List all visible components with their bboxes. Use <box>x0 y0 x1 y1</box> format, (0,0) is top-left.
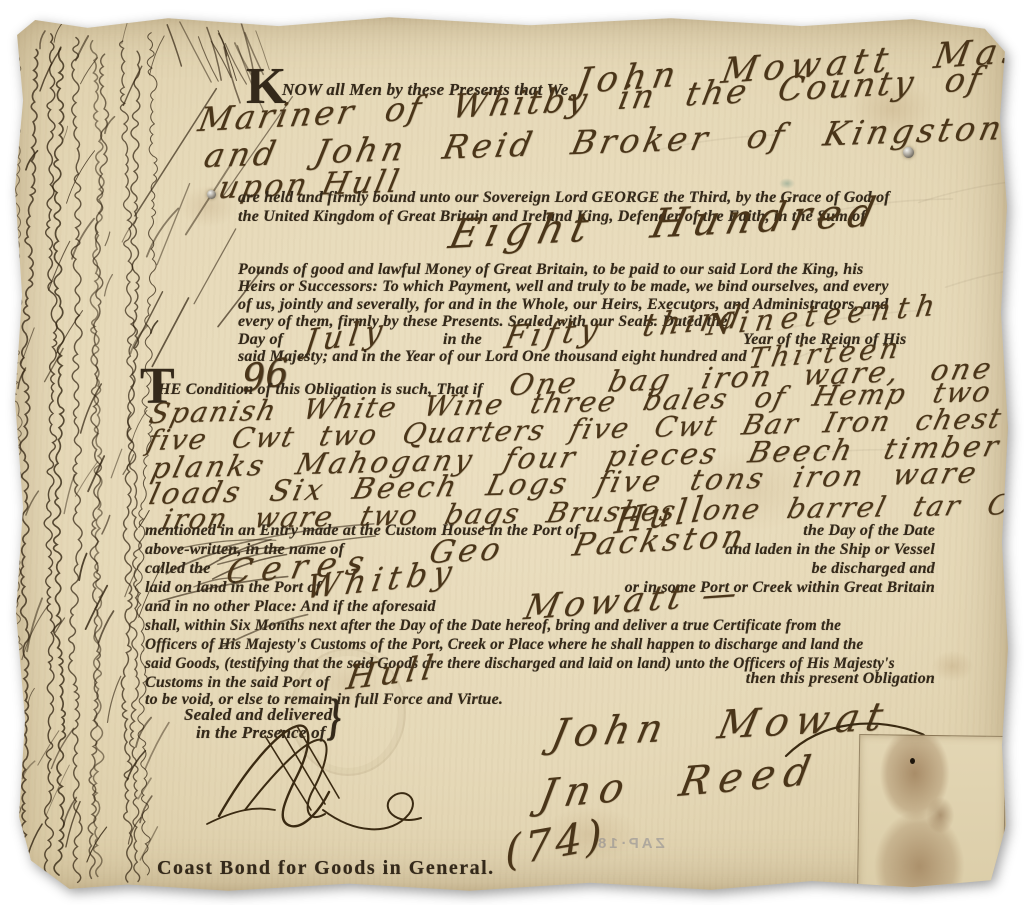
day-of-label: Day of <box>238 331 283 349</box>
stained-paper-patch <box>857 734 1006 905</box>
ink-smudge <box>779 178 795 189</box>
pounds-line-2: Heirs or Successors: To which Payment, w… <box>238 278 889 296</box>
footer-title: Coast Bond for Goods in General. <box>157 857 495 880</box>
right-discharged-line: be discharged and <box>630 560 935 578</box>
mirrored-stamp: ZAP·18 <box>595 835 665 852</box>
called-the-label: called the <box>145 560 211 578</box>
embossed-seal-ghost <box>290 648 406 776</box>
document-scan: K NOW all Men by these Presents that We … <box>0 0 1024 905</box>
document-paper: K NOW all Men by these Presents that We … <box>7 12 1013 896</box>
ink-speck <box>910 758 915 764</box>
right-laden-line: and laden in the Ship or Vessel <box>630 541 935 559</box>
shall-line: shall, within Six Months next after the … <box>145 617 841 635</box>
no-other-place-line: and in no other Place: And if the afores… <box>145 598 436 616</box>
officers-line: Officers of His Majesty's Customs of the… <box>145 636 863 654</box>
laid-on-land-line: laid on land in the Port of <box>145 579 321 597</box>
pin-rivet-left <box>207 190 216 199</box>
pounds-line-1: Pounds of good and lawful Money of Great… <box>238 261 863 279</box>
pin-rivet-right <box>903 147 914 158</box>
right-obligation-line: then this present Obligation <box>630 670 935 688</box>
in-the-label: in the <box>443 331 482 349</box>
